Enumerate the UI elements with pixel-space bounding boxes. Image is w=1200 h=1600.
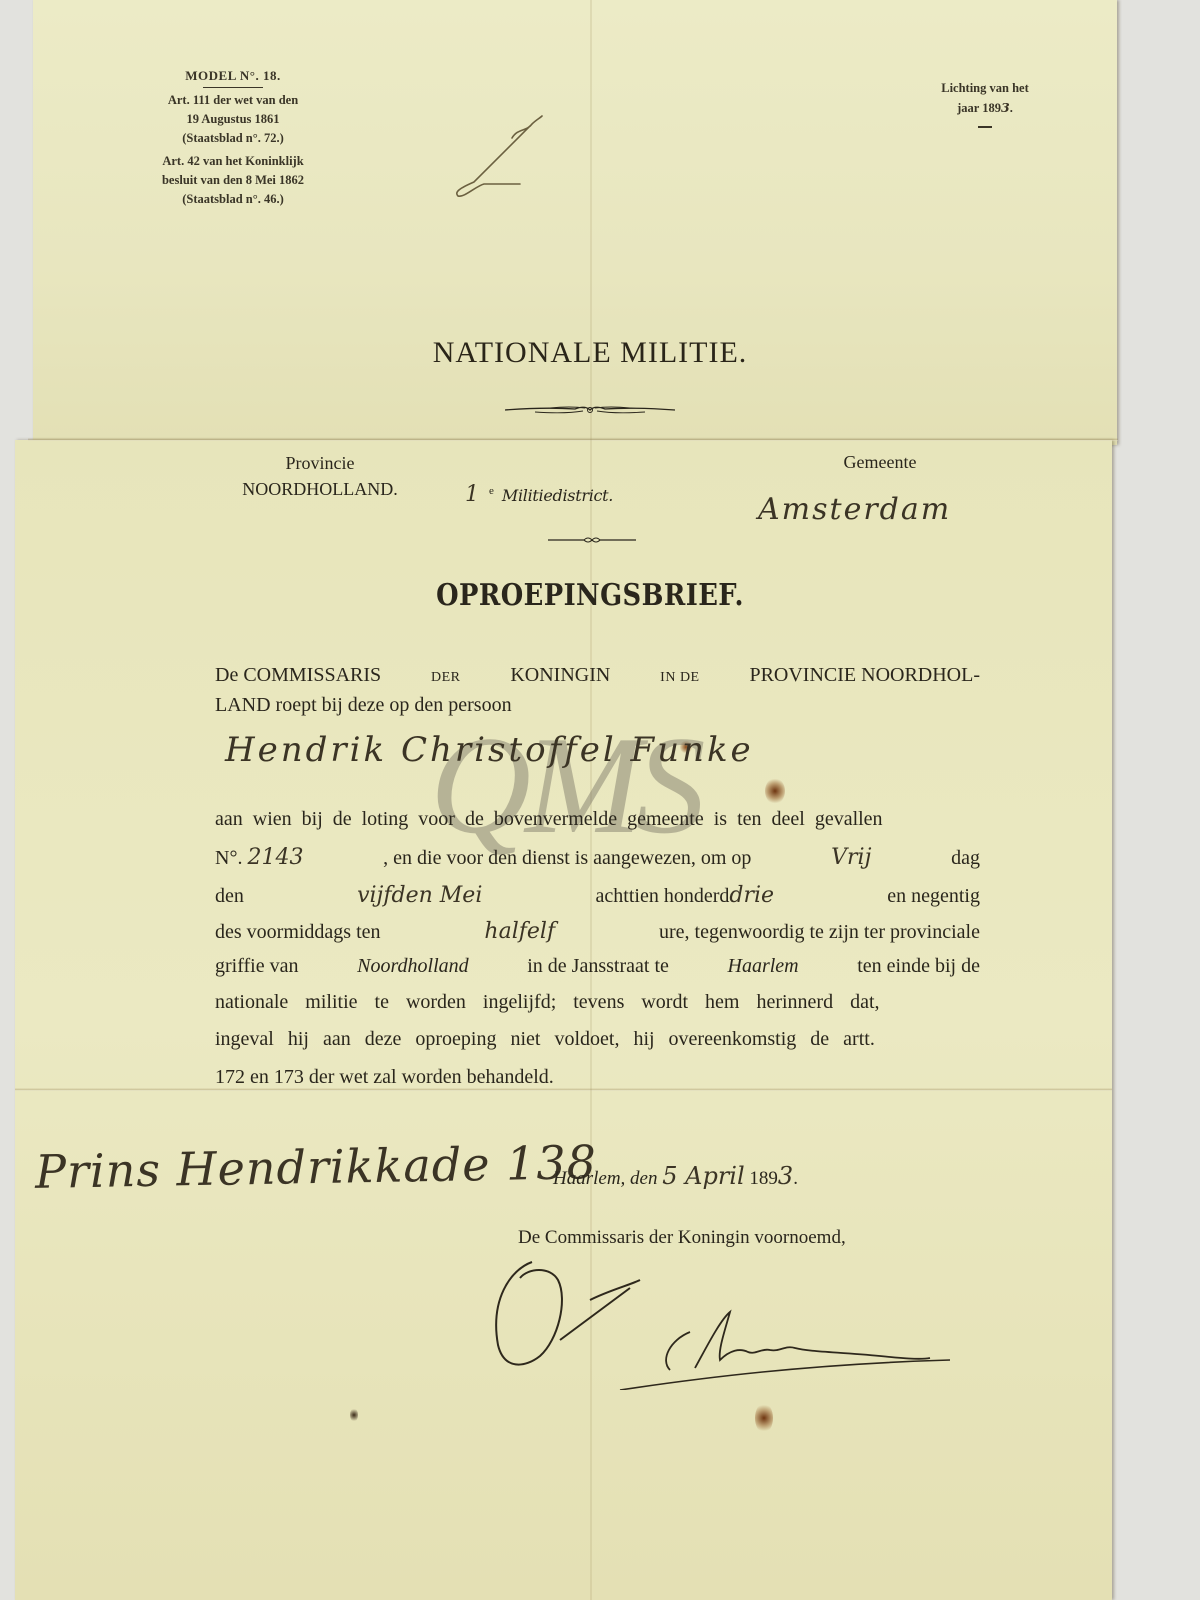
text: nationale militie te worden ingelijfd; t…: [215, 991, 880, 1014]
lichting-label: Lichting van het: [915, 78, 1055, 98]
district-superscript: e: [489, 485, 494, 497]
fold-line-lower: [15, 1088, 1112, 1091]
body-line-griffie: griffie van Noordholland in de Jansstraa…: [215, 955, 980, 978]
provincie-value: NOORDHOLLAND.: [215, 476, 425, 502]
time-handwritten: halfelf: [484, 919, 555, 944]
year-handwritten: 3: [778, 1162, 793, 1190]
district-label: Militiedistrict.: [502, 486, 613, 505]
text-commissaris: COMMISSARIS: [243, 664, 381, 686]
date-handwritten: 5 April: [662, 1162, 744, 1190]
gemeente-label: Gemeente: [820, 452, 940, 473]
weekday-handwritten: Vrij: [831, 845, 871, 870]
body-line-date: den vijfden Mei achttien honderddrie en …: [215, 883, 980, 908]
lot-number-handwritten: 2143: [247, 845, 303, 870]
text: De COMMISSARIS: [215, 664, 381, 687]
divider: [978, 126, 992, 128]
text-honderd: achttien honderd: [596, 885, 730, 907]
law-reference-line: 19 Augustus 1861: [128, 110, 338, 129]
body-line: nationale militie te worden ingelijfd; t…: [215, 991, 980, 1014]
law-reference-1: Art. 111 der wet van den 19 Augustus 186…: [128, 91, 338, 148]
district-number-handwritten: 1: [465, 482, 479, 507]
law-reference-2: Art. 42 van het Koninklijk besluit van d…: [128, 152, 338, 209]
model-number: MODEL N°. 18.: [128, 66, 338, 85]
year-handwritten: drie: [729, 883, 774, 908]
date-handwritten: vijfden Mei: [357, 883, 482, 908]
document-paper-bottom: [15, 440, 1112, 1600]
rust-stain: [755, 1403, 773, 1433]
text-provincie: PROVINCIE NOORDHOL-: [749, 664, 980, 687]
address-handwritten: Prins Hendrikkade 138: [35, 1135, 598, 1199]
rust-stain: [765, 778, 785, 804]
legal-reference-block: MODEL N°. 18. Art. 111 der wet van den 1…: [128, 66, 338, 213]
signature-icon: [480, 1260, 960, 1390]
body-line: LAND roept bij deze op den persoon: [215, 694, 512, 717]
body-line: ingeval hij aan deze oproeping niet vold…: [215, 1028, 980, 1051]
text: den: [215, 885, 244, 908]
text: N°.: [215, 847, 242, 869]
text-koningin: KONINGIN: [510, 664, 610, 687]
law-reference-line: (Staatsblad n°. 72.): [128, 129, 338, 148]
year-printed: 189: [749, 1168, 778, 1189]
fold-line-upper: [28, 438, 1118, 441]
lichting-year: jaar 1893.: [915, 98, 1055, 118]
provincie-label: Provincie: [215, 450, 425, 476]
law-reference-line: (Staatsblad n°. 46.): [128, 190, 338, 209]
punctuation: .: [793, 1168, 798, 1189]
text: aan wien bij de loting voor de bovenverm…: [215, 808, 883, 831]
text: achttien honderddrie: [596, 883, 775, 908]
text: des voormiddags ten: [215, 921, 381, 944]
ornament-divider-icon: [505, 403, 675, 417]
text-in-de: IN DE: [660, 670, 699, 686]
body-line-number: N°. 2143 , en die voor den dienst is aan…: [215, 845, 980, 870]
handwritten-mark-icon: [440, 110, 550, 200]
body-line-time: des voormiddags ten halfelf ure, tegenwo…: [215, 919, 980, 944]
punctuation: .: [1010, 101, 1013, 115]
law-reference-line: Art. 111 der wet van den: [128, 91, 338, 110]
place-date-prefix: Haarlem, den: [553, 1168, 657, 1189]
place-date: Haarlem, den 5 April 1893.: [553, 1162, 798, 1190]
text-de: De: [215, 664, 243, 686]
text: , en die voor den dienst is aangewezen, …: [383, 847, 751, 870]
text: ten einde bij de: [857, 955, 980, 978]
body-line: aan wien bij de loting voor de bovenverm…: [215, 808, 980, 831]
lot-number: N°. 2143: [215, 845, 303, 870]
text: in de Jansstraat te: [527, 955, 669, 978]
law-reference-line: besluit van den 8 Mei 1862: [128, 171, 338, 190]
lichting-year-handwritten: 3: [1001, 100, 1010, 115]
gemeente-value-handwritten: Amsterdam: [758, 492, 951, 527]
text-noordholland: Noordholland: [357, 955, 469, 978]
text: griffie van: [215, 955, 299, 978]
provincie-block: Provincie NOORDHOLLAND.: [215, 450, 425, 502]
closing-line: De Commissaris der Koningin voornoemd,: [518, 1227, 846, 1249]
divider: [203, 87, 263, 88]
text: ure, tegenwoordig te zijn ter provincial…: [659, 921, 980, 944]
body-line-intro: De COMMISSARIS DER KONINGIN IN DE PROVIN…: [215, 664, 980, 687]
text: dag: [951, 847, 980, 870]
text: en negentig: [887, 885, 980, 908]
lichting-year-printed: jaar 189: [957, 101, 1001, 115]
text-haarlem: Haarlem: [728, 955, 799, 978]
text: ingeval hij aan deze oproeping niet vold…: [215, 1028, 875, 1051]
page-title: NATIONALE MILITIE.: [300, 336, 880, 370]
militiedistrict-field: 1eMilitiedistrict.: [465, 482, 613, 507]
letter-title: OPROEPINGSBRIEF.: [341, 578, 840, 613]
law-reference-line: Art. 42 van het Koninklijk: [128, 152, 338, 171]
small-ornament-icon: [548, 535, 636, 545]
lichting-block: Lichting van het jaar 1893.: [915, 78, 1055, 128]
person-name-handwritten: Hendrik Christoffel Funke: [225, 730, 754, 770]
text-der: DER: [431, 670, 461, 686]
body-line-final: 172 en 173 der wet zal worden behandeld.: [215, 1066, 554, 1089]
ink-speck: [350, 1408, 358, 1422]
